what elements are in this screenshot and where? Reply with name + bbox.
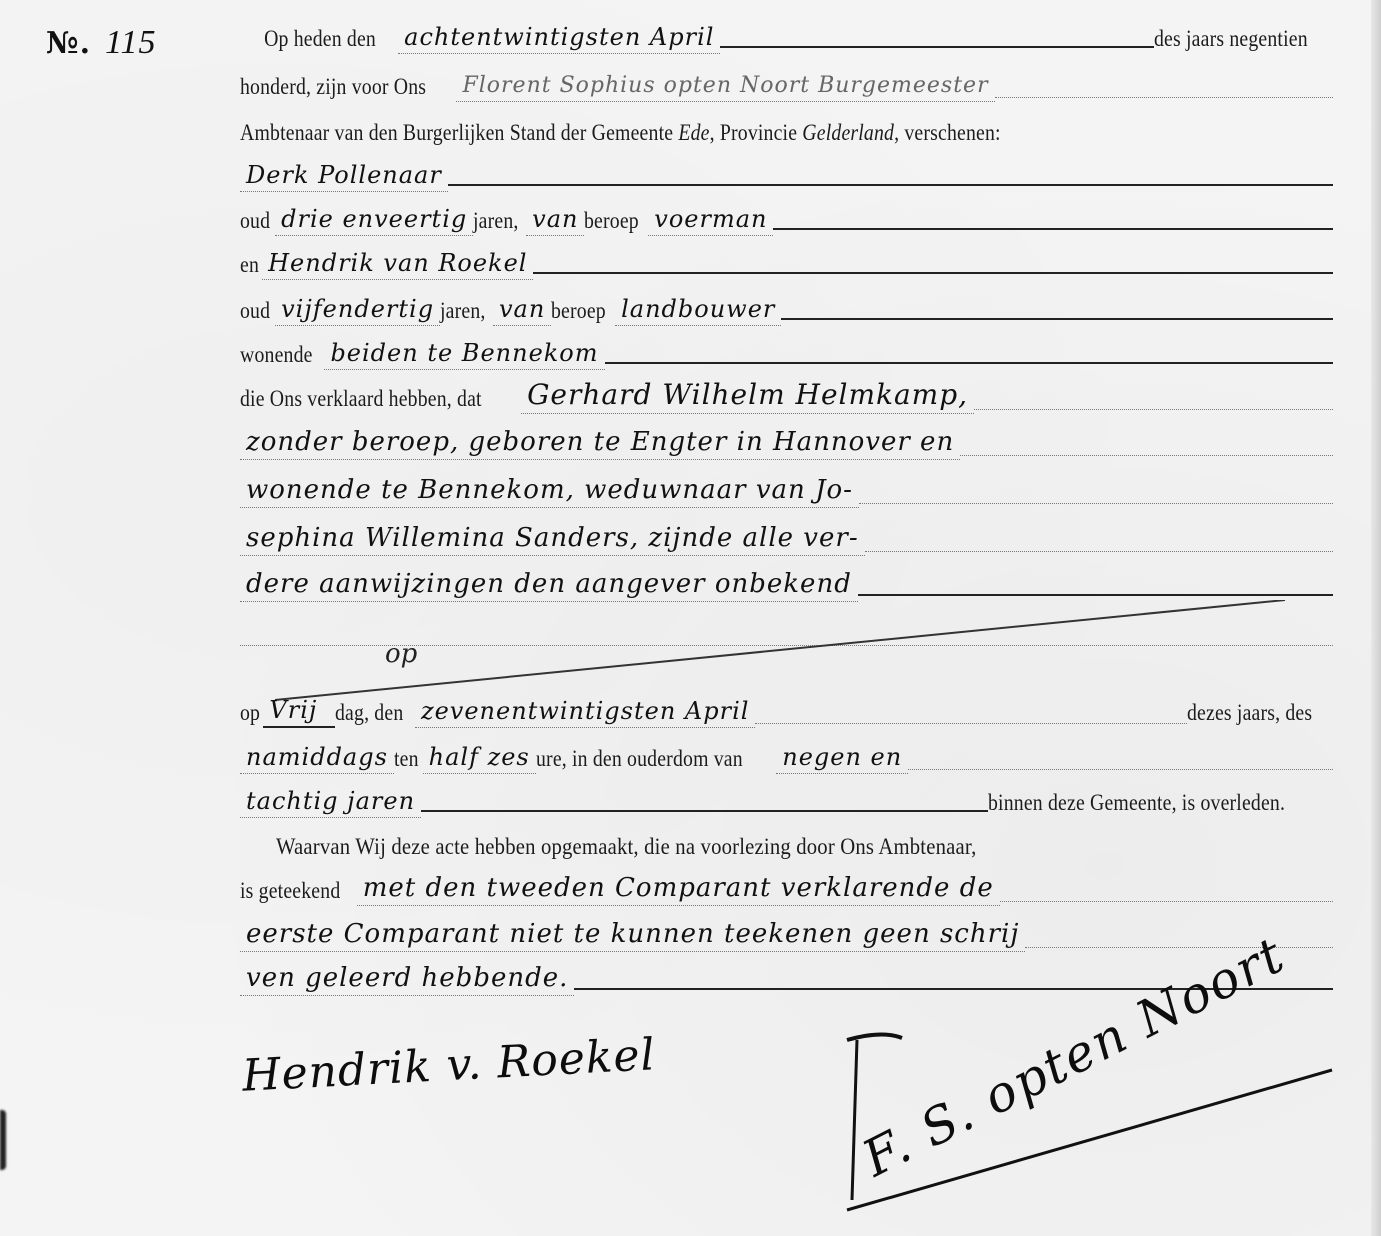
dotted-line xyxy=(995,96,1333,98)
dotted-line xyxy=(908,768,1333,770)
handwritten-text: sephina Willemina Sanders, zijnde alle v… xyxy=(240,525,865,556)
fill-dash xyxy=(773,228,1333,230)
printed-text: jaren, xyxy=(473,209,519,236)
fill-dash xyxy=(421,810,987,812)
dotted-line xyxy=(859,502,1333,504)
line-closing: Waarvan Wij deze acte hebben opgemaakt, … xyxy=(240,822,1333,862)
handwritten-age-at-death: tachtig jaren xyxy=(240,789,421,818)
printed-text: is geteekend xyxy=(240,879,340,906)
printed-text: en xyxy=(240,253,259,280)
printed-text: Waarvan Wij deze acte hebben opgemaakt, … xyxy=(240,835,976,862)
printed-text: oud xyxy=(240,299,270,326)
fill-dash xyxy=(781,318,1333,320)
handwritten-occupation: landbouwer xyxy=(615,297,781,326)
fill-dash xyxy=(448,184,1333,186)
number-sign: №. xyxy=(46,26,91,61)
handwritten-date: achtentwintigsten April xyxy=(398,25,720,54)
handwritten-text: van xyxy=(526,207,584,236)
printed-text: dag, den xyxy=(335,701,403,728)
handwritten-age-at-death: negen en xyxy=(776,745,908,774)
handwritten-deceased-name: Gerhard Wilhelm Helmkamp, xyxy=(521,381,974,414)
dotted-line xyxy=(974,408,1333,410)
handwritten-age: drie enveertig xyxy=(275,207,473,236)
dotted-line xyxy=(960,454,1333,456)
line-deceased: die Ons verklaard hebben, dat Gerhard Wi… xyxy=(240,374,1333,414)
ink-blot xyxy=(0,1110,6,1170)
page-edge xyxy=(1371,0,1381,1236)
handwritten-text: ven geleerd hebbende. xyxy=(240,965,574,996)
handwritten-text: met den tweeden Comparant verklarende de xyxy=(357,875,1000,906)
line-death-time: namiddags ten half zes ure, in den ouder… xyxy=(240,734,1333,774)
printed-text: beroep xyxy=(551,299,606,326)
line-declarant-2: en Hendrik van Roekel xyxy=(240,240,1333,280)
line-deceased-details-2: wonende te Bennekom, weduwnaar van Jo- xyxy=(240,468,1333,508)
line-declarant-2-age: oud vijfendertig jaren, van beroep landb… xyxy=(240,286,1333,326)
handwritten-registrar-name: Florent Sophius opten Noort Burgemeester xyxy=(456,75,994,102)
line-date-declared: Op heden den achtentwintigsten April des… xyxy=(240,14,1333,54)
handwritten-hour: half zes xyxy=(423,745,536,774)
printed-text: jaren, xyxy=(440,299,486,326)
printed-text: ure, in den ouderdom van xyxy=(536,747,743,774)
printed-text: dezes jaars, des xyxy=(1187,701,1312,728)
printed-text: ten xyxy=(394,747,419,774)
handwritten-text: dere aanwijzingen den aangever onbekend xyxy=(240,571,858,602)
printed-text: wonende xyxy=(240,343,313,370)
line-signed-2: eerste Comparant niet te kunnen teekenen… xyxy=(240,912,1333,952)
printed-text: Op heden den xyxy=(240,27,376,54)
line-residence: wonende beiden te Bennekom xyxy=(240,330,1333,370)
handwritten-time-of-day: namiddags xyxy=(240,745,394,774)
marginal-annotation: op xyxy=(385,639,418,669)
line-deceased-details-3: sephina Willemina Sanders, zijnde alle v… xyxy=(240,516,1333,556)
printed-text: oud xyxy=(240,209,270,236)
handwritten-text: zonder beroep, geboren te Engter in Hann… xyxy=(240,429,960,460)
printed-text: beroep xyxy=(584,209,639,236)
line-signed: is geteekend met den tweeden Comparant v… xyxy=(240,866,1333,906)
act-number-value: 115 xyxy=(105,24,156,61)
line-death-place: tachtig jaren binnen deze Gemeente, is o… xyxy=(240,778,1333,818)
handwritten-text: wonende te Bennekom, weduwnaar van Jo- xyxy=(240,477,859,508)
fill-dash xyxy=(720,46,1154,48)
handwritten-text: eerste Comparant niet te kunnen teekenen… xyxy=(240,921,1025,952)
fill-dash xyxy=(858,594,1333,596)
line-declarant-1: Derk Pollenaar xyxy=(240,152,1333,192)
handwritten-occupation: voerman xyxy=(648,207,773,236)
handwritten-age: vijfendertig xyxy=(275,297,440,326)
line-deceased-details-4: dere aanwijzingen den aangever onbekend xyxy=(240,562,1333,602)
printed-text: op xyxy=(240,701,260,728)
handwritten-declarant-2-name: Hendrik van Roekel xyxy=(262,251,533,280)
dotted-line xyxy=(1025,946,1333,948)
dotted-line xyxy=(865,550,1333,552)
printed-text: binnen deze Gemeente, is overleden. xyxy=(988,791,1285,818)
handwritten-declarant-1-name: Derk Pollenaar xyxy=(240,163,448,192)
handwritten-weekday: Vrij xyxy=(263,698,335,728)
line-registrar: honderd, zijn voor Ons Florent Sophius o… xyxy=(240,62,1333,102)
printed-text: honderd, zijn voor Ons xyxy=(240,75,426,102)
printed-text: Ambtenaar van den Burgerlijken Stand der… xyxy=(240,121,1001,148)
handwritten-death-date: zevenentwintigsten April xyxy=(415,699,756,728)
handwritten-text: van xyxy=(493,297,551,326)
line-office: Ambtenaar van den Burgerlijken Stand der… xyxy=(240,108,1333,148)
line-declarant-1-age: oud drie enveertig jaren, van beroep voe… xyxy=(240,196,1333,236)
printed-text: des jaars negentien xyxy=(1154,27,1308,54)
dotted-line xyxy=(755,722,1187,724)
fill-dash xyxy=(605,362,1333,364)
line-deceased-details-1: zonder beroep, geboren te Engter in Hann… xyxy=(240,420,1333,460)
printed-text: die Ons verklaard hebben, dat xyxy=(240,387,482,414)
dotted-line xyxy=(1000,900,1333,902)
line-death-date: op Vrij dag, den zevenentwintigsten Apri… xyxy=(240,688,1333,728)
act-number: №.115 xyxy=(46,22,157,62)
fill-dash xyxy=(533,272,1333,274)
handwritten-residence: beiden te Bennekom xyxy=(324,341,604,370)
